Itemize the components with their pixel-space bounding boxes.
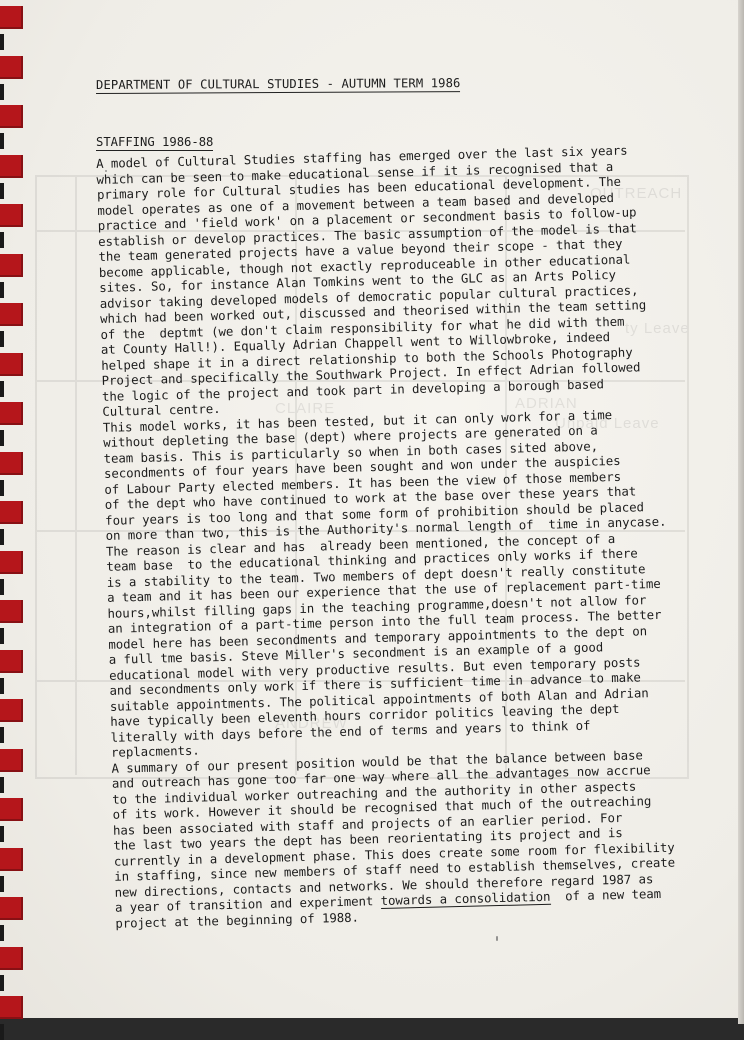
binding-coil: [0, 105, 23, 128]
binding-coil: [0, 303, 23, 326]
binding-gap: [0, 529, 4, 545]
section-heading: STAFFING 1986-88: [96, 135, 213, 151]
spiral-binding: [0, 0, 24, 1024]
binding-gap: [0, 133, 4, 149]
binding-gap: [0, 282, 4, 298]
binding-gap: [0, 480, 4, 496]
binding-gap: [0, 381, 4, 397]
binding-gap: [0, 34, 4, 50]
binding-coil: [0, 996, 23, 1019]
binding-coil: [0, 798, 23, 821]
paper-mark: [105, 170, 107, 172]
binding-coil: [0, 452, 23, 475]
binding-coil: [0, 848, 23, 871]
binding-gap: [0, 975, 4, 991]
binding-gap: [0, 727, 4, 743]
document-page: OUTREACH CLAIRE ADRIAN Unpaid Leave ANDR…: [0, 0, 740, 1018]
binding-coil: [0, 402, 23, 425]
binding-gap: [0, 628, 4, 644]
binding-gap: [0, 232, 4, 248]
binding-gap: [0, 84, 4, 100]
binding-coil: [0, 699, 23, 722]
binding-coil: [0, 204, 23, 227]
binding-gap: [0, 826, 4, 842]
binding-coil: [0, 650, 23, 673]
binding-gap: [0, 430, 4, 446]
binding-coil: [0, 6, 23, 29]
binding-gap: [0, 777, 4, 793]
binding-gap: [0, 183, 4, 199]
binding-gap: [0, 678, 4, 694]
binding-gap: [0, 579, 4, 595]
binding-coil: [0, 353, 23, 376]
binding-coil: [0, 56, 23, 79]
binding-coil: [0, 749, 23, 772]
binding-coil: [0, 254, 23, 277]
binding-gap: [0, 925, 4, 941]
binding-gap: [0, 331, 4, 347]
binding-coil: [0, 897, 23, 920]
page-edge: [738, 0, 744, 1024]
binding-coil: [0, 501, 23, 524]
binding-coil: [0, 947, 23, 970]
document-title: DEPARTMENT OF CULTURAL STUDIES - AUTUMN …: [96, 76, 461, 94]
text-fragment: of a new team: [550, 887, 661, 904]
body-text: A model of Cultural Studies staffing has…: [96, 142, 695, 931]
paper-mark: [496, 936, 498, 941]
binding-coil: [0, 551, 23, 574]
binding-coil: [0, 155, 23, 178]
binding-coil: [0, 600, 23, 623]
binding-gap: [0, 876, 4, 892]
